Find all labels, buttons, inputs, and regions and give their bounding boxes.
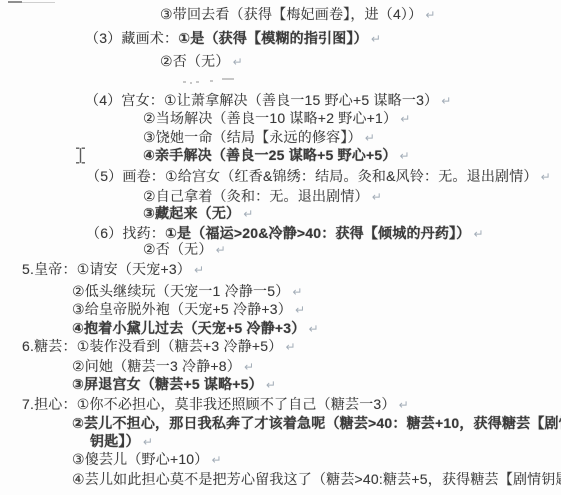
doc-text-segment: ④亲手解决（善良一25 谋略+5 野心+5）	[143, 147, 397, 163]
doc-text-segment: ①是（获得【模糊的指引图】）	[178, 30, 368, 46]
doc-text-segment: （4）宫女：	[85, 92, 164, 108]
doc-text-segment: ①装作没看到（糖芸+3 冷静+5）	[77, 338, 283, 354]
paragraph-mark: ↵	[194, 263, 204, 277]
doc-line[interactable]: ③带回去看（获得【梅妃画卷】，进（4））↵	[160, 5, 436, 24]
paragraph-mark: ↵	[243, 207, 253, 221]
doc-text-segment: ②问她（糖芸一3 冷静+8）	[72, 358, 241, 374]
doc-text-segment: ①你不必担心，莫非我还照顾不了自己（糖芸一3）	[77, 396, 396, 412]
paragraph-mark: ↵	[308, 322, 318, 336]
doc-line[interactable]: ④抱着小黛儿过去（天宠+5 冷静+3）↵	[72, 319, 319, 338]
doc-line[interactable]: （3）藏画术：①是（获得【模糊的指引图】）↵	[85, 29, 381, 48]
doc-line[interactable]: ③给皇帝脱外袍（天宠+5 冷静+3）↵	[72, 300, 305, 319]
doc-text-segment: ①给宫女（红香&锦绣：结局。灸和&风铃：无。退出剧情）	[165, 168, 538, 184]
doc-text-segment: ③藏起来（无）	[143, 205, 240, 221]
doc-text-segment: ③屏退宫女（糖芸+5 谋略+5）	[72, 376, 263, 392]
doc-text-segment: ②自己拿着（灸和：无。退出剧情）	[143, 188, 369, 204]
clipped-text-artifact	[183, 77, 239, 86]
doc-line[interactable]: ②否（无）↵	[143, 240, 226, 259]
doc-line[interactable]: ③藏起来（无）↵	[143, 204, 254, 223]
paragraph-mark: ↵	[399, 398, 409, 412]
doc-line[interactable]: （5）画卷：①给宫女（红香&锦绣：结局。灸和&风铃：无。退出剧情）↵	[86, 167, 551, 186]
paragraph-mark: ↵	[400, 112, 410, 126]
paragraph-mark: ↵	[473, 227, 483, 241]
doc-text-segment: ④抱着小黛儿过去（天宠+5 冷静+3）	[72, 320, 305, 336]
doc-text-segment: ②否（无）	[143, 241, 213, 257]
doc-line[interactable]: 钥匙】）↵	[90, 432, 153, 451]
paragraph-mark: ↵	[365, 131, 375, 145]
doc-text-segment: ①让萧拿解决（善良一15 野心+5 谋略一3）	[164, 92, 438, 108]
ibeam-cursor-icon	[75, 147, 86, 164]
doc-line[interactable]: 6.糖芸：①装作没看到（糖芸+3 冷静+5）↵	[22, 337, 296, 356]
doc-line[interactable]: （4）宫女：①让萧拿解决（善良一15 野心+5 谋略一3）↵	[85, 91, 452, 110]
doc-text-segment: ①是（福运>20&冷静>40：获得【倾城的丹药】）	[165, 225, 470, 241]
doc-text-segment: ②否（无）	[160, 53, 230, 69]
paragraph-mark: ↵	[212, 453, 222, 467]
doc-line[interactable]: 5.皇帝：①请安（天宠+3）↵	[22, 260, 204, 279]
doc-text-segment: （3）藏画术：	[85, 30, 178, 46]
doc-text-segment: ③饶她一命（结局【永远的修容】）	[143, 129, 362, 145]
doc-text-segment: 5.皇帝：	[22, 261, 77, 277]
doc-text-segment: 钥匙】）	[90, 433, 140, 449]
doc-line[interactable]: ②低头继续玩（天宠一1 冷静一5）↵	[72, 282, 303, 301]
doc-text-segment: ③带回去看（获得【梅妃画卷】，进（4））	[160, 6, 422, 22]
doc-line[interactable]: ②问她（糖芸一3 冷静+8）↵	[72, 357, 254, 376]
doc-line[interactable]: ③屏退宫女（糖芸+5 谋略+5）↵	[72, 375, 276, 394]
paragraph-mark: ↵	[541, 170, 551, 184]
doc-text-segment: 6.糖芸：	[22, 338, 77, 354]
paragraph-mark: ↵	[233, 55, 243, 69]
doc-text-segment: （5）画卷：	[86, 168, 165, 184]
doc-text-segment: 7.担心：	[22, 396, 77, 412]
paragraph-mark: ↵	[295, 303, 305, 317]
paragraph-mark: ↵	[285, 340, 295, 354]
doc-text-segment: ②芸儿不担心，那日我私奔了才该着急呢（糖芸>40：糖芸+10，获得糖芸【剧情	[72, 415, 561, 431]
paragraph-mark: ↵	[425, 8, 435, 22]
doc-line[interactable]: ④芸儿如此担心莫不是把芳心留我这了（糖芸>40:糖芸+5，获得糖芸【剧情钥匙】）…	[72, 470, 561, 489]
doc-text-segment: （6）找药：	[86, 225, 165, 241]
doc-text-segment: ④芸儿如此担心莫不是把芳心留我这了（糖芸>40:糖芸+5，获得糖芸【剧情钥匙】）	[72, 471, 561, 487]
paragraph-mark: ↵	[400, 149, 410, 163]
paragraph-mark: ↵	[266, 378, 276, 392]
document-page[interactable]: ③带回去看（获得【梅妃画卷】，进（4））↵（3）藏画术：①是（获得【模糊的指引图…	[0, 0, 561, 495]
doc-text-segment: ②当场解决（善良一10 谋略+2 野心+1）	[143, 110, 397, 126]
paragraph-mark: ↵	[372, 190, 382, 204]
paragraph-mark: ↵	[292, 285, 302, 299]
paragraph-mark: ↵	[371, 32, 381, 46]
doc-line[interactable]: 7.担心：①你不必担心，莫非我还照顾不了自己（糖芸一3）↵	[22, 395, 409, 414]
doc-text-segment: ②低头继续玩（天宠一1 冷静一5）	[72, 283, 289, 299]
doc-line[interactable]: ③饶她一命（结局【永远的修容】）↵	[143, 128, 375, 147]
doc-line[interactable]: ②当场解决（善良一10 谋略+2 野心+1）↵	[143, 109, 411, 128]
doc-text-segment: ③给皇帝脱外袍（天宠+5 冷静+3）	[72, 301, 292, 317]
paragraph-mark: ↵	[143, 435, 153, 449]
doc-line[interactable]: ②否（无）↵	[160, 52, 243, 71]
doc-line[interactable]: ②芸儿不担心，那日我私奔了才该着急呢（糖芸>40：糖芸+10，获得糖芸【剧情	[72, 414, 561, 432]
doc-line[interactable]: ③傻芸儿（野心+10）↵	[72, 450, 222, 469]
doc-text-segment: ①请安（天宠+3）	[77, 261, 191, 277]
page-edge-artifact-light	[22, 2, 55, 3]
paragraph-mark: ↵	[244, 360, 254, 374]
doc-line[interactable]: ④亲手解决（善良一25 谋略+5 野心+5）↵	[143, 146, 410, 165]
paragraph-mark: ↵	[216, 243, 226, 257]
doc-text-segment: ③傻芸儿（野心+10）	[72, 451, 209, 467]
page-edge-artifact	[8, 1, 55, 4]
paragraph-mark: ↵	[441, 94, 451, 108]
page-edge-artifact-dark	[8, 1, 22, 3]
